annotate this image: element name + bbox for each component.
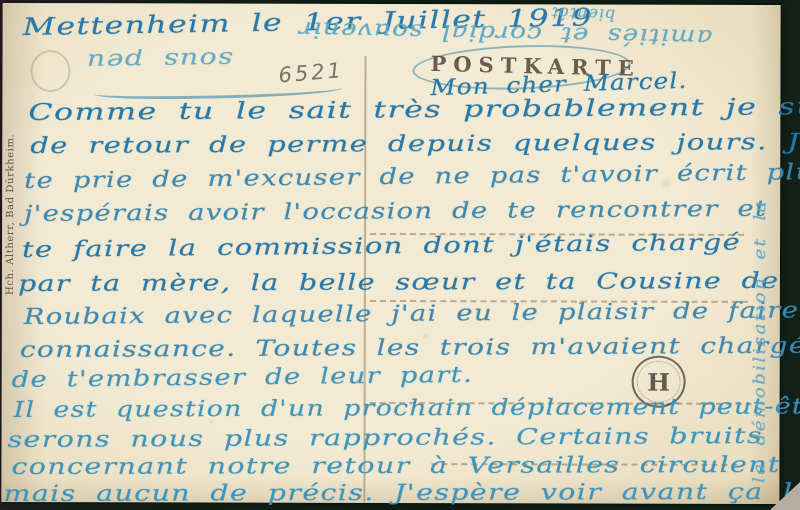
handwriting-line: connaissance. Toutes les trois m'avaient… [20, 334, 800, 363]
handwriting-line: Roubaix avec laquelle j'ai eu le plaisir… [24, 298, 800, 330]
handwriting-line: j'espérais avoir l'occasion de te rencon… [24, 197, 767, 227]
publisher-imprint: Hch. Altherr, Bad Dürkheim. [5, 134, 16, 295]
handwriting-line: de t'embrasser de leur part. [11, 363, 473, 393]
inverted-closing-note: sous peu [85, 46, 233, 73]
handwriting-line: serons nous plus rapprochés. Certains br… [7, 424, 763, 453]
inverted-closing-note: bientôt [550, 3, 615, 24]
inverted-closing-note: amitiés et cordial souvenir [298, 16, 713, 49]
stamp-letter: H [647, 367, 670, 396]
handwriting-line: Comme tu le sait très probablement je su… [28, 94, 800, 126]
handwriting-line: te prie de m'excuser de ne pas t'avoir é… [24, 160, 800, 194]
margin-vertical-note: la démobilisation et la [749, 199, 769, 483]
postcard: Hch. Altherr, Bad Dürkheim. POSTKARTE 65… [1, 3, 780, 504]
photo-background: Hch. Altherr, Bad Dürkheim. POSTKARTE 65… [0, 0, 800, 510]
handwriting-line: concernant notre retour à Versailles cir… [11, 453, 780, 480]
handwriting-line: Il est question d'un prochain déplacemen… [13, 394, 800, 423]
handwriting-line: de retour de perme depuis quelques jours… [30, 130, 800, 159]
handwriting-line: par ta mère, la belle sœur et ta Cousine… [18, 269, 780, 297]
handwriting-line: mais aucun de précis. J'espère voir avan… [3, 480, 800, 507]
handwriting-line: te faire la commission dont j'étais char… [22, 230, 742, 263]
faint-postmark-circle [30, 50, 70, 92]
